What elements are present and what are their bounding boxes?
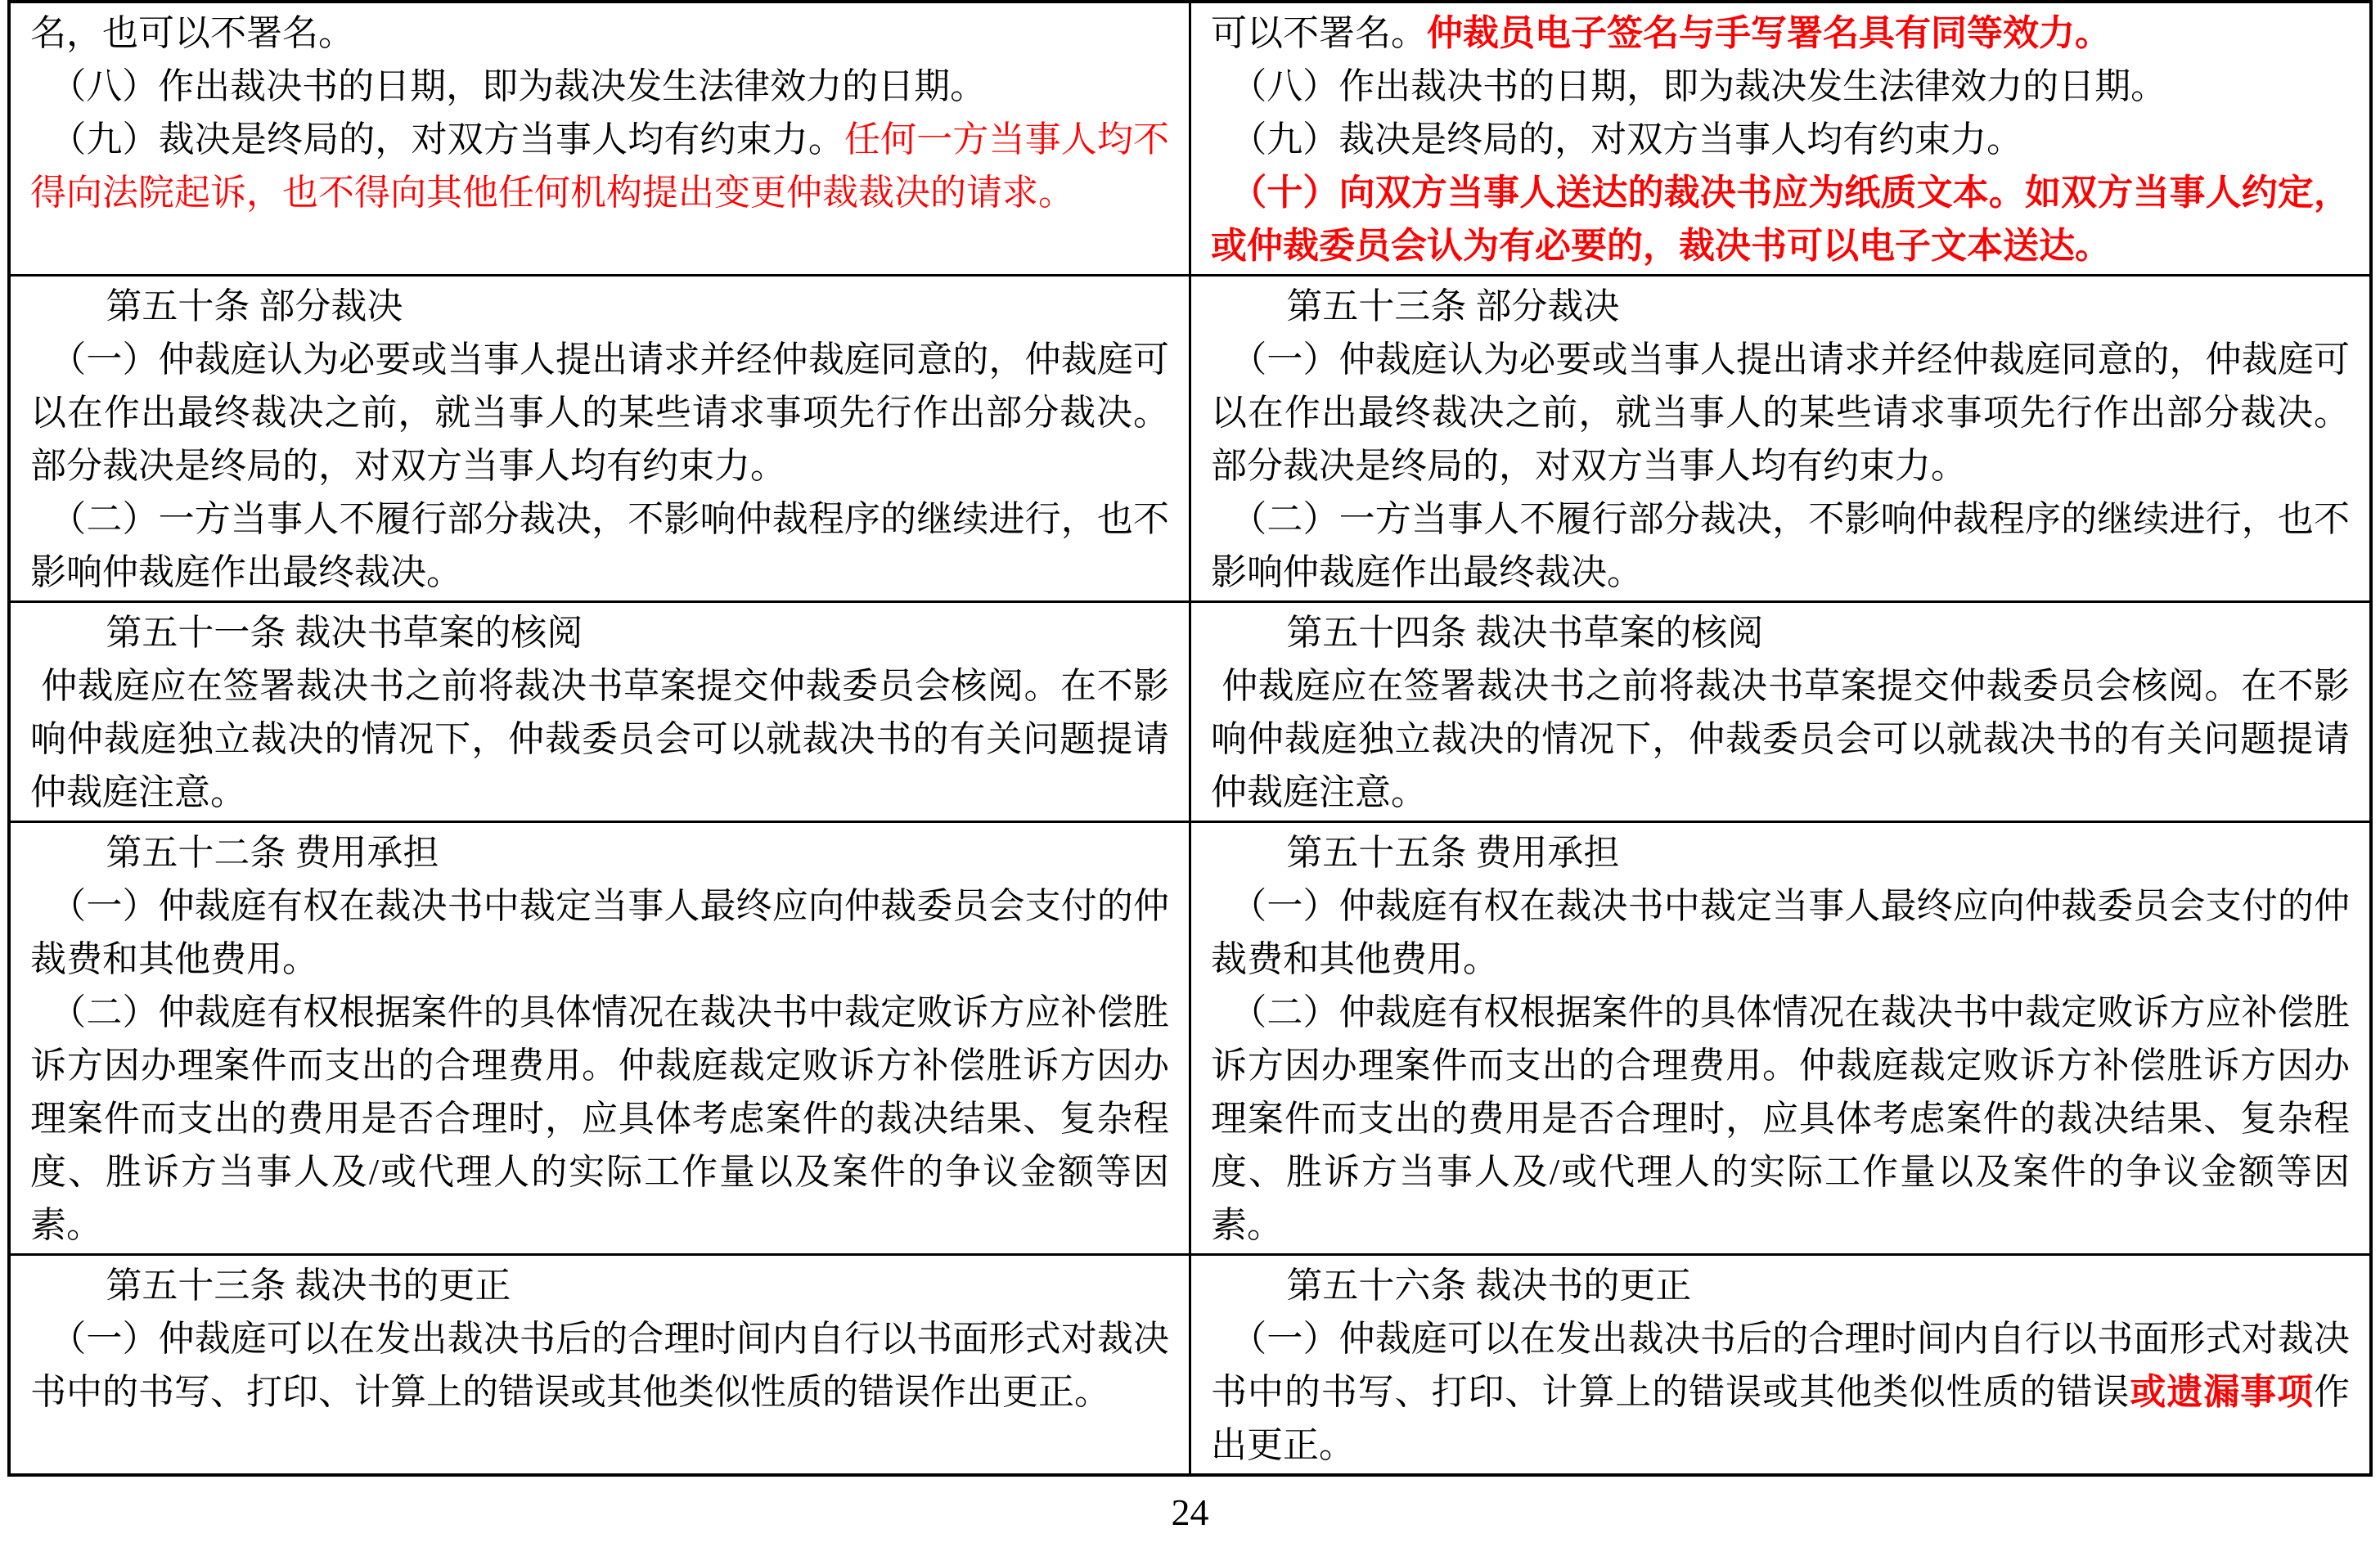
text-run: （一）仲裁庭认为必要或当事人提出请求并经仲裁庭同意的，仲裁庭可以在作出最终裁决之… [1211,340,2350,486]
paragraph: （二）一方当事人不履行部分裁决，不影响仲裁程序的继续进行，也不影响仲裁庭作出最终… [30,492,1169,599]
paragraph: 第五十三条 部分裁决 [1211,280,2350,333]
paragraph: （一）仲裁庭认为必要或当事人提出请求并经仲裁庭同意的，仲裁庭可以在作出最终裁决之… [30,333,1169,492]
text-run: 仲裁庭应在签署裁决书之前将裁决书草案提交仲裁委员会核阅。在不影响仲裁庭独立裁决的… [30,666,1169,812]
text-run: （二）仲裁庭有权根据案件的具体情况在裁决书中裁定败诉方应补偿胜诉方因办理案件而支… [30,992,1169,1245]
table-row: 第五十条 部分裁决（一）仲裁庭认为必要或当事人提出请求并经仲裁庭同意的，仲裁庭可… [9,276,2371,602]
paragraph: 第五十五条 费用承担 [1211,826,2350,879]
paragraph: （一）仲裁庭有权在裁决书中裁定当事人最终应向仲裁委员会支付的仲裁费和其他费用。 [30,879,1169,986]
paragraph: （二）仲裁庭有权根据案件的具体情况在裁决书中裁定败诉方应补偿胜诉方因办理案件而支… [1211,986,2350,1252]
text-run: 可以不署名。 [1211,13,1427,53]
text-run: （一）仲裁庭认为必要或当事人提出请求并经仲裁庭同意的，仲裁庭可以在作出最终裁决之… [30,340,1169,486]
text-run: 第五十六条 裁决书的更正 [1286,1266,1691,1306]
highlighted-text-run: 仲裁员电子签名与手写署名具有同等效力。 [1427,13,2111,53]
table-cell-old-rule: 第五十二条 费用承担（一）仲裁庭有权在裁决书中裁定当事人最终应向仲裁委员会支付的… [9,822,1190,1255]
paragraph: 可以不署名。仲裁员电子签名与手写署名具有同等效力。 [1211,7,2350,60]
text-run: 第五十二条 费用承担 [106,833,439,873]
highlighted-text-run: （十）向双方当事人送达的裁决书应为纸质文本。如双方当事人约定，或仲裁委员会认为有… [1211,173,2350,266]
text-run: 第五十一条 裁决书草案的核阅 [106,613,583,653]
paragraph: （一）仲裁庭有权在裁决书中裁定当事人最终应向仲裁委员会支付的仲裁费和其他费用。 [1211,879,2350,986]
paragraph: （八）作出裁决书的日期，即为裁决发生法律效力的日期。 [30,60,1169,113]
table-row: 名，也可以不署名。（八）作出裁决书的日期，即为裁决发生法律效力的日期。（九）裁决… [9,2,2371,276]
paragraph: 第五十六条 裁决书的更正 [1211,1259,2350,1312]
paragraph: （一）仲裁庭认为必要或当事人提出请求并经仲裁庭同意的，仲裁庭可以在作出最终裁决之… [1211,333,2350,492]
text-run: 仲裁庭应在签署裁决书之前将裁决书草案提交仲裁委员会核阅。在不影响仲裁庭独立裁决的… [1211,666,2350,812]
paragraph: 第五十一条 裁决书草案的核阅 [30,606,1169,659]
comparison-table: 名，也可以不署名。（八）作出裁决书的日期，即为裁决发生法律效力的日期。（九）裁决… [7,0,2373,1477]
paragraph: （九）裁决是终局的，对双方当事人均有约束力。任何一方当事人均不得向法院起诉，也不… [30,113,1169,219]
table-row: 第五十三条 裁决书的更正（一）仲裁庭可以在发出裁决书后的合理时间内自行以书面形式… [9,1255,2371,1476]
table-cell-new-rule: 第五十三条 部分裁决（一）仲裁庭认为必要或当事人提出请求并经仲裁庭同意的，仲裁庭… [1190,276,2372,602]
text-run: （二）仲裁庭有权根据案件的具体情况在裁决书中裁定败诉方应补偿胜诉方因办理案件而支… [1211,992,2350,1245]
document-page: 名，也可以不署名。（八）作出裁决书的日期，即为裁决发生法律效力的日期。（九）裁决… [0,0,2380,1556]
paragraph: （二）仲裁庭有权根据案件的具体情况在裁决书中裁定败诉方应补偿胜诉方因办理案件而支… [30,986,1169,1252]
text-run: 第五十条 部分裁决 [106,286,403,326]
table-row: 第五十二条 费用承担（一）仲裁庭有权在裁决书中裁定当事人最终应向仲裁委员会支付的… [9,822,2371,1255]
paragraph: 仲裁庭应在签署裁决书之前将裁决书草案提交仲裁委员会核阅。在不影响仲裁庭独立裁决的… [1211,659,2350,819]
text-run: （一）仲裁庭有权在裁决书中裁定当事人最终应向仲裁委员会支付的仲裁费和其他费用。 [1211,886,2350,979]
table-cell-new-rule: 第五十六条 裁决书的更正（一）仲裁庭可以在发出裁决书后的合理时间内自行以书面形式… [1190,1255,2372,1476]
paragraph: （一）仲裁庭可以在发出裁决书后的合理时间内自行以书面形式对裁决书中的书写、打印、… [1211,1312,2350,1472]
table-cell-old-rule: 名，也可以不署名。（八）作出裁决书的日期，即为裁决发生法律效力的日期。（九）裁决… [9,2,1190,276]
text-run: （八）作出裁决书的日期，即为裁决发生法律效力的日期。 [1230,66,2166,106]
text-run: （九）裁决是终局的，对双方当事人均有约束力。 [1230,119,2022,160]
table-cell-old-rule: 第五十三条 裁决书的更正（一）仲裁庭可以在发出裁决书后的合理时间内自行以书面形式… [9,1255,1190,1476]
text-run: 第五十五条 费用承担 [1286,833,1619,873]
paragraph: （一）仲裁庭可以在发出裁决书后的合理时间内自行以书面形式对裁决书中的书写、打印、… [30,1312,1169,1419]
text-run: （一）仲裁庭有权在裁决书中裁定当事人最终应向仲裁委员会支付的仲裁费和其他费用。 [30,886,1169,979]
paragraph: 第五十三条 裁决书的更正 [30,1259,1169,1312]
text-run: 第五十三条 部分裁决 [1286,286,1619,326]
table-cell-old-rule: 第五十一条 裁决书草案的核阅仲裁庭应在签署裁决书之前将裁决书草案提交仲裁委员会核… [9,602,1190,822]
paragraph: 第五十二条 费用承担 [30,826,1169,879]
paragraph: （九）裁决是终局的，对双方当事人均有约束力。 [1211,113,2350,166]
comparison-table-body: 名，也可以不署名。（八）作出裁决书的日期，即为裁决发生法律效力的日期。（九）裁决… [9,2,2371,1475]
paragraph: （二）一方当事人不履行部分裁决，不影响仲裁程序的继续进行，也不影响仲裁庭作出最终… [1211,492,2350,599]
text-run: 第五十四条 裁决书草案的核阅 [1286,613,1763,653]
text-run: （一）仲裁庭可以在发出裁决书后的合理时间内自行以书面形式对裁决书中的书写、打印、… [30,1319,1169,1412]
paragraph: 第五十条 部分裁决 [30,280,1169,333]
paragraph: （八）作出裁决书的日期，即为裁决发生法律效力的日期。 [1211,60,2350,113]
text-run: 名，也可以不署名。 [30,13,354,53]
paragraph: 仲裁庭应在签署裁决书之前将裁决书草案提交仲裁委员会核阅。在不影响仲裁庭独立裁决的… [30,659,1169,819]
table-cell-new-rule: 可以不署名。仲裁员电子签名与手写署名具有同等效力。（八）作出裁决书的日期，即为裁… [1190,2,2372,276]
text-run: 第五十三条 裁决书的更正 [106,1266,511,1306]
text-run: （九）裁决是终局的，对双方当事人均有约束力。 [50,119,844,160]
table-row: 第五十一条 裁决书草案的核阅仲裁庭应在签署裁决书之前将裁决书草案提交仲裁委员会核… [9,602,2371,822]
table-cell-new-rule: 第五十五条 费用承担（一）仲裁庭有权在裁决书中裁定当事人最终应向仲裁委员会支付的… [1190,822,2372,1255]
highlighted-text-run: 或遗漏事项 [2130,1372,2314,1412]
paragraph: （十）向双方当事人送达的裁决书应为纸质文本。如双方当事人约定，或仲裁委员会认为有… [1211,166,2350,272]
paragraph: 第五十四条 裁决书草案的核阅 [1211,606,2350,659]
table-cell-new-rule: 第五十四条 裁决书草案的核阅仲裁庭应在签署裁决书之前将裁决书草案提交仲裁委员会核… [1190,602,2372,822]
text-run: （二）一方当事人不履行部分裁决，不影响仲裁程序的继续进行，也不影响仲裁庭作出最终… [30,499,1169,592]
table-cell-old-rule: 第五十条 部分裁决（一）仲裁庭认为必要或当事人提出请求并经仲裁庭同意的，仲裁庭可… [9,276,1190,602]
text-run: （八）作出裁决书的日期，即为裁决发生法律效力的日期。 [50,66,986,106]
text-run: （二）一方当事人不履行部分裁决，不影响仲裁程序的继续进行，也不影响仲裁庭作出最终… [1211,499,2350,592]
paragraph: 名，也可以不署名。 [30,7,1169,60]
page-number: 24 [0,1491,2380,1534]
